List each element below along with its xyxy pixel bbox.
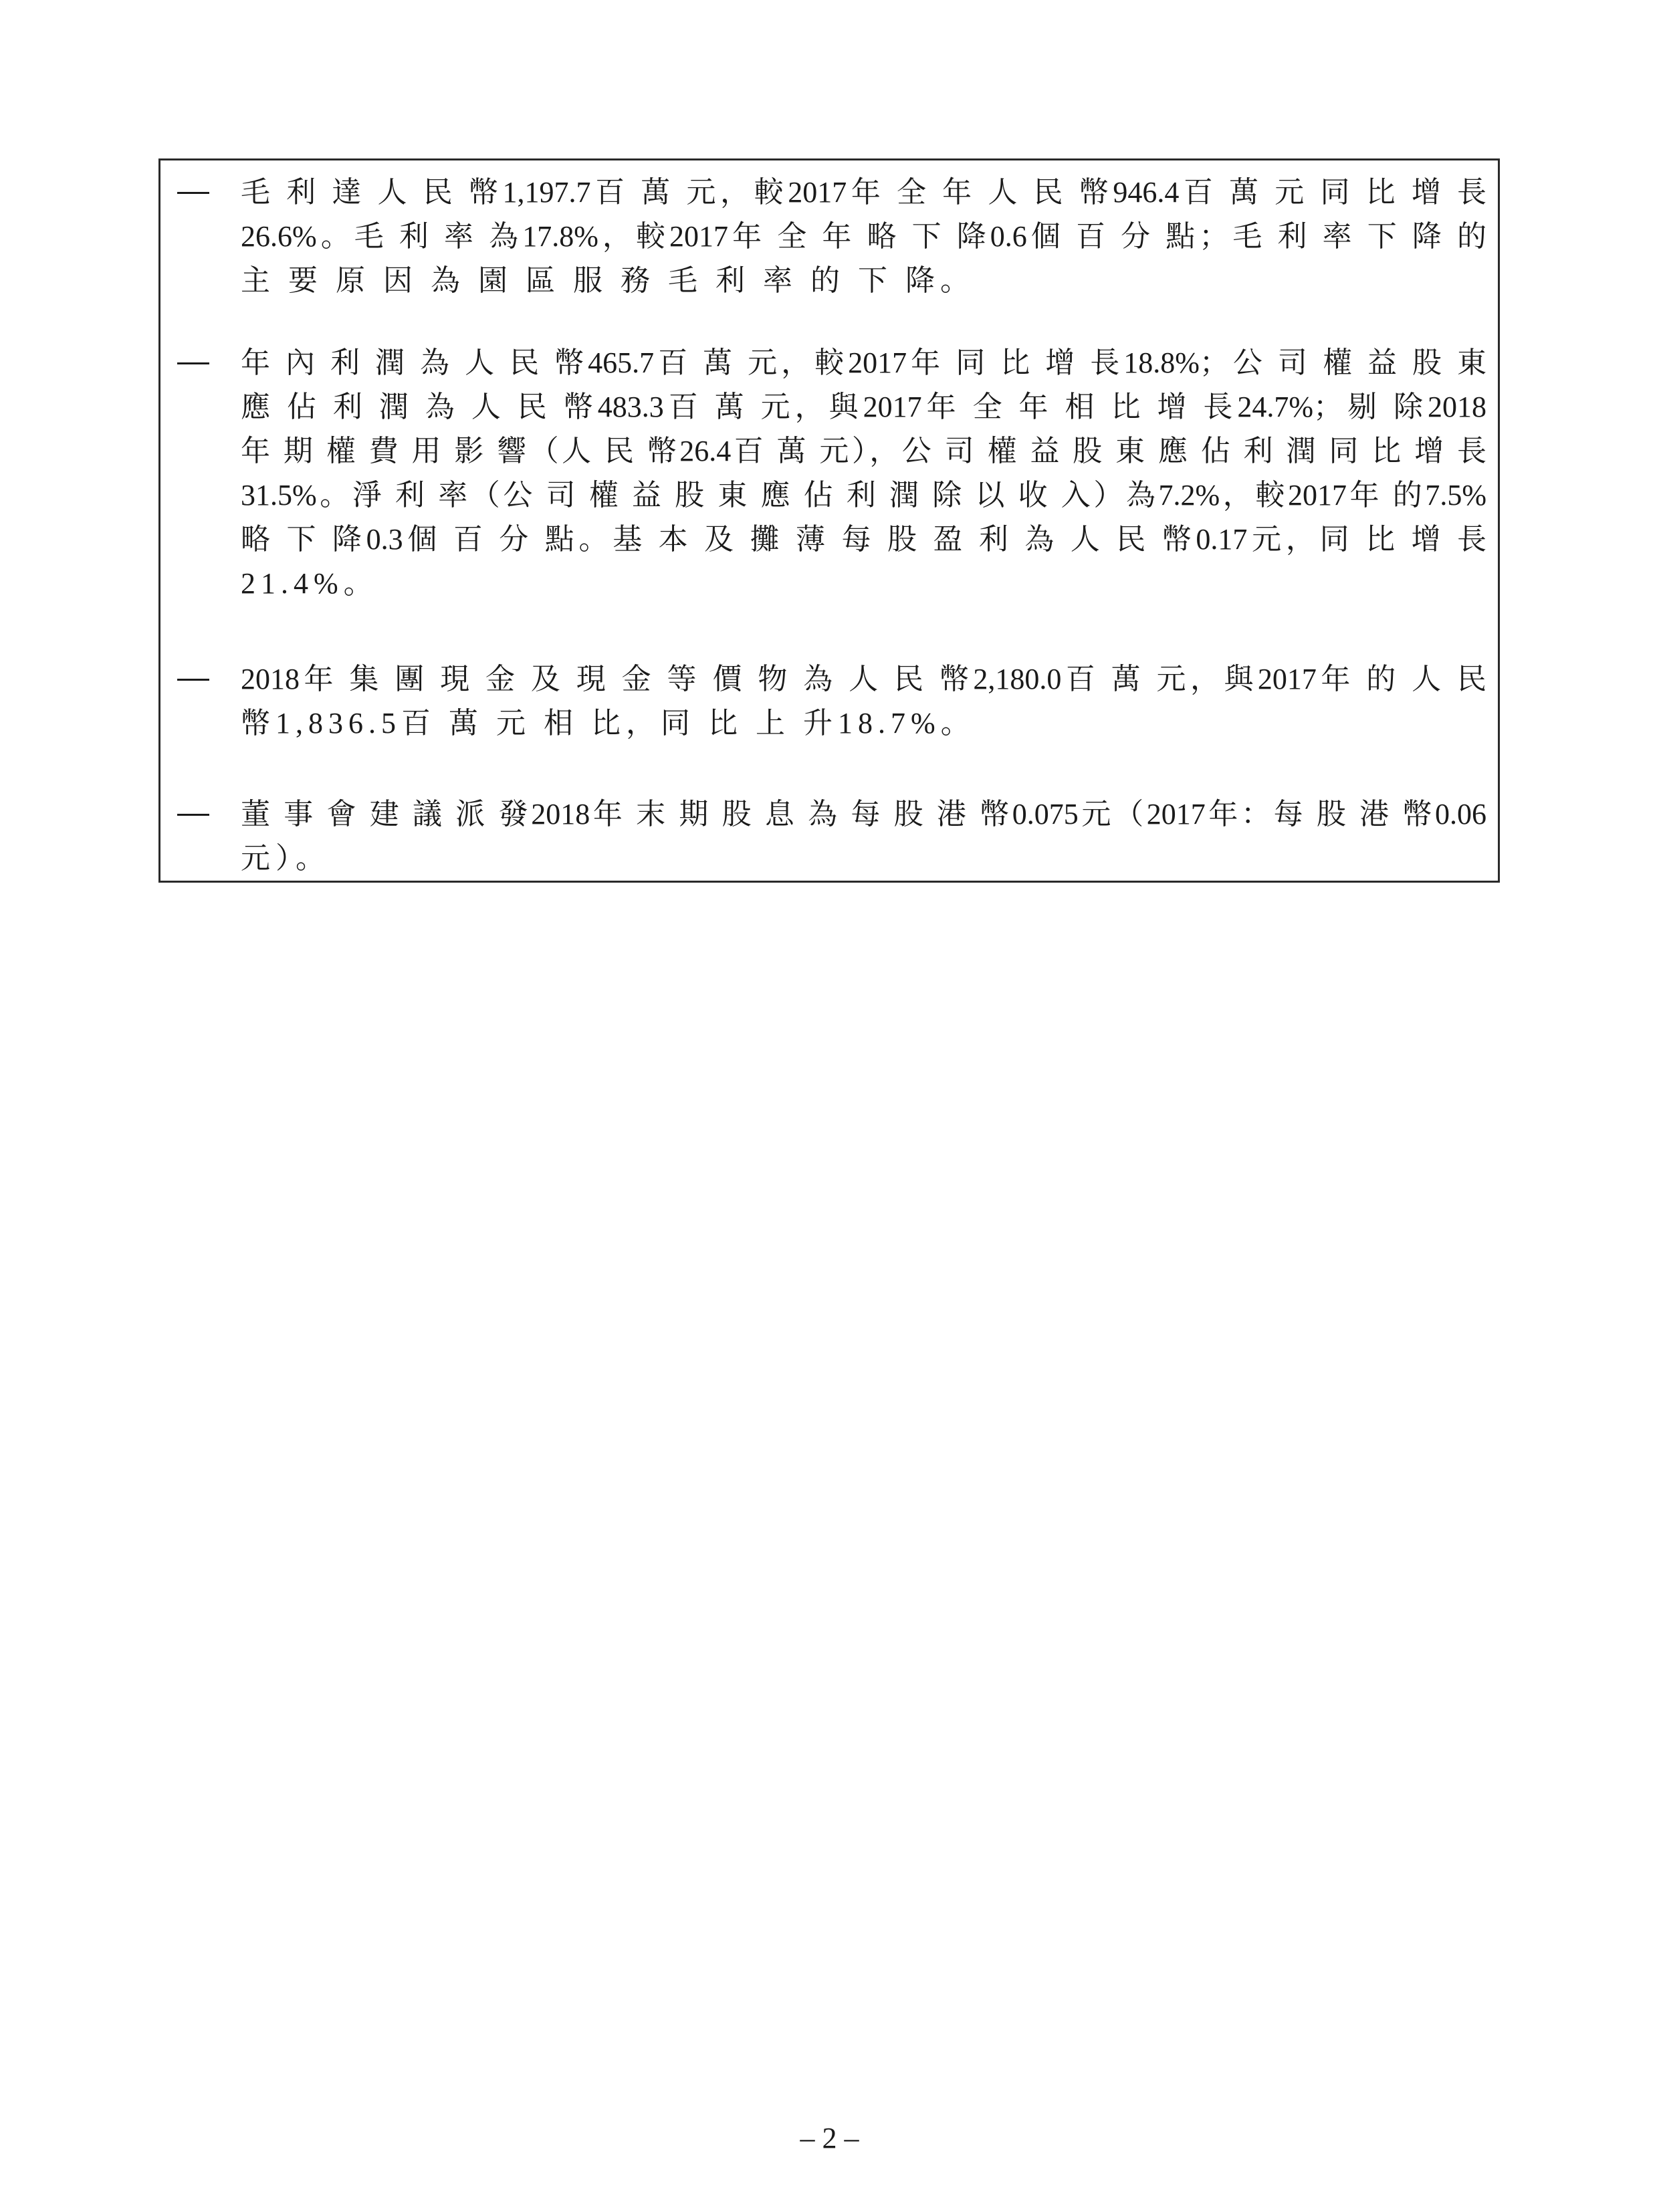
text-line: 應 佔 利 潤 為 人 民 幣483.3百 萬 元，與2017年 全 年 相 比… — [241, 385, 1486, 429]
em-dash-bullet-icon — [177, 192, 209, 194]
text-line: 略 下 降0.3個 百 分 點。基 本 及 攤 薄 每 股 盈 利 為 人 民 … — [241, 518, 1486, 562]
em-dash-bullet-icon — [177, 814, 209, 816]
em-dash-bullet-icon — [177, 362, 209, 364]
text-line: 31.5%。淨 利 率（公 司 權 益 股 東 應 佔 利 潤 除 以 收 入）… — [241, 473, 1486, 518]
highlight-text: 毛 利 達 人 民 幣1,197.7百 萬 元，較2017年 全 年 人 民 幣… — [241, 171, 1486, 303]
highlight-text: 2018年 集 團 現 金 及 現 金 等 價 物 為 人 民 幣2,180.0… — [241, 657, 1486, 746]
text-line: 2018年 集 團 現 金 及 現 金 等 價 物 為 人 民 幣2,180.0… — [241, 657, 1486, 701]
text-line: 幣1,836.5百 萬 元 相 比，同 比 上 升18.7%。 — [241, 701, 1486, 746]
text-line: 元）。 — [241, 837, 1486, 881]
highlights-box: 毛 利 達 人 民 幣1,197.7百 萬 元，較2017年 全 年 人 民 幣… — [158, 158, 1500, 883]
text-line: 年 內 利 潤 為 人 民 幣465.7百 萬 元，較2017年 同 比 增 長… — [241, 341, 1486, 385]
highlight-text: 董 事 會 建 議 派 發2018年 末 期 股 息 為 每 股 港 幣0.07… — [241, 792, 1486, 881]
text-line: 21.4%。 — [241, 562, 1486, 606]
text-line: 26.6%。毛 利 率 為17.8%，較2017年 全 年 略 下 降0.6個 … — [241, 215, 1486, 259]
page-number: – 2 – — [0, 2118, 1659, 2159]
text-line: 年 期 權 費 用 影 響（人 民 幣26.4百 萬 元），公 司 權 益 股 … — [241, 429, 1486, 473]
text-line: 毛 利 達 人 民 幣1,197.7百 萬 元，較2017年 全 年 人 民 幣… — [241, 171, 1486, 215]
text-line: 董 事 會 建 議 派 發2018年 末 期 股 息 為 每 股 港 幣0.07… — [241, 792, 1486, 837]
text-line: 主 要 原 因 為 園 區 服 務 毛 利 率 的 下 降。 — [241, 259, 1486, 303]
em-dash-bullet-icon — [177, 679, 209, 681]
highlight-text: 年 內 利 潤 為 人 民 幣465.7百 萬 元，較2017年 同 比 增 長… — [241, 341, 1486, 606]
